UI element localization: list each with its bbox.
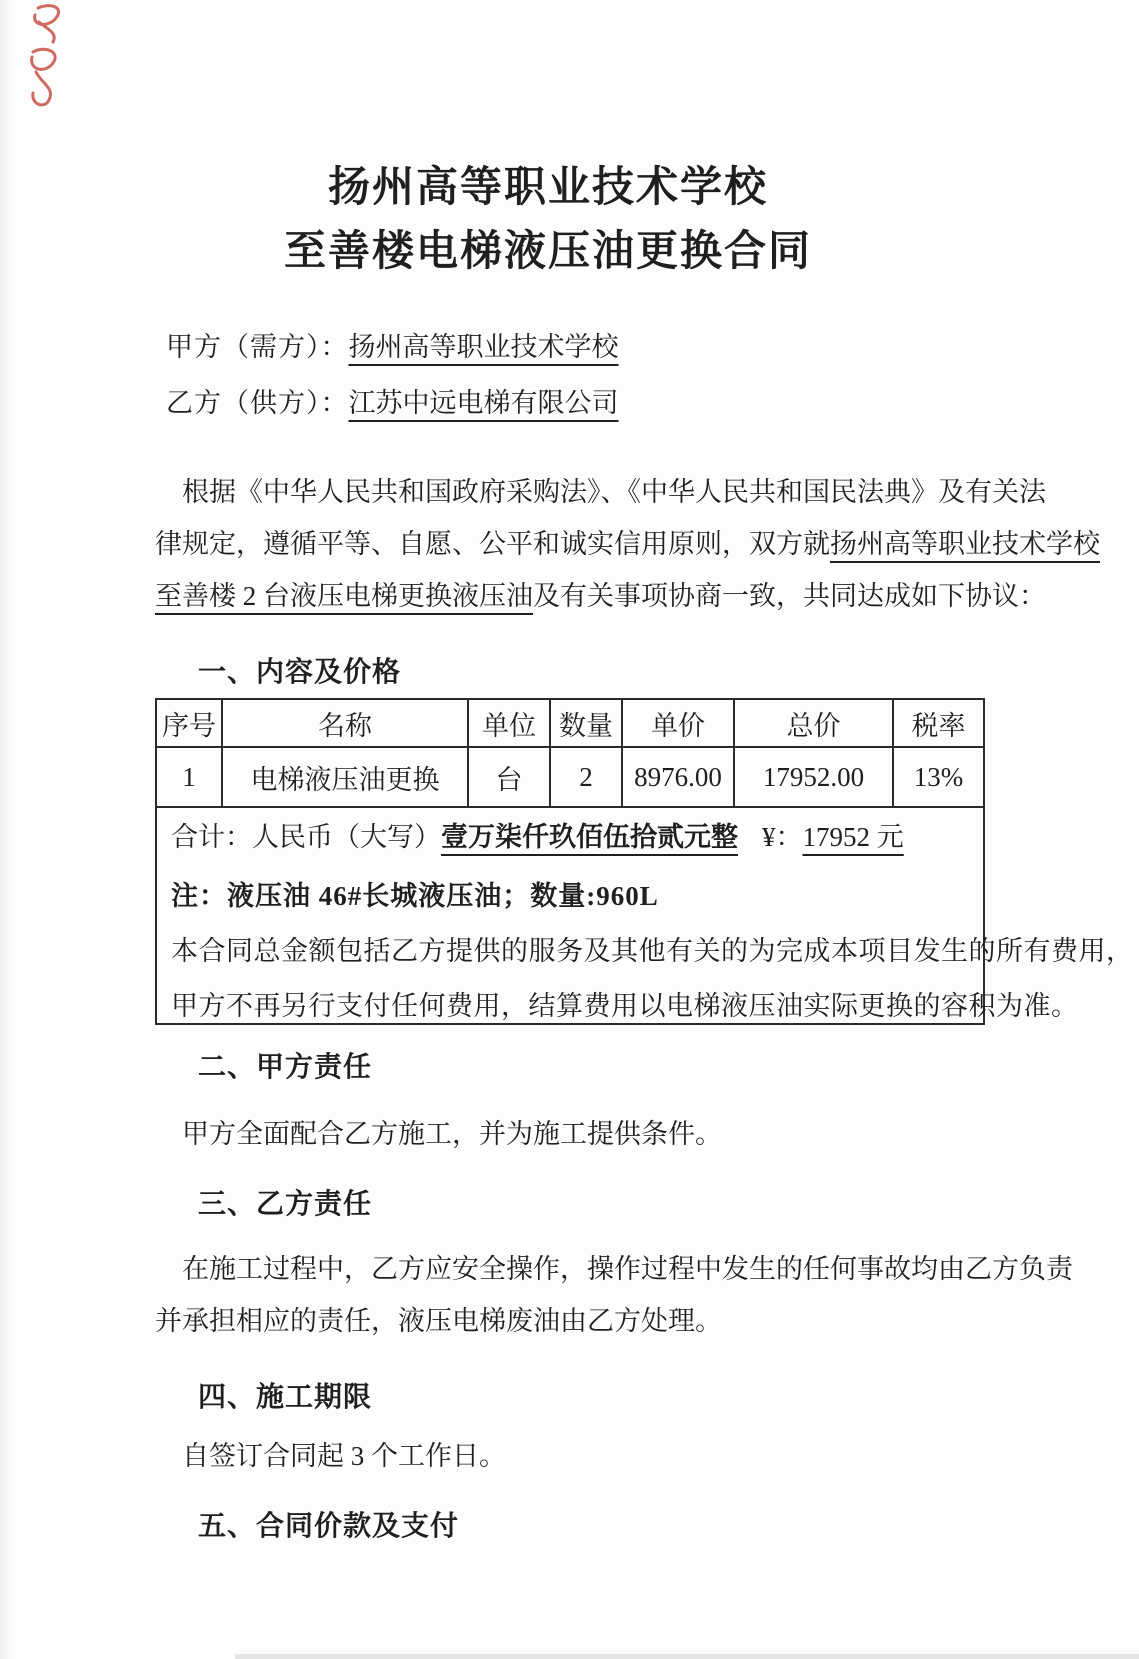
section2-body: 甲方全面配合乙方施工，并为施工提供条件。 xyxy=(182,1117,722,1151)
party-a-name: 扬州高等职业技术学校 xyxy=(349,332,619,362)
section3-body-line2: 并承担相应的责任，液压电梯废油由乙方处理。 xyxy=(155,1304,722,1338)
cell-total: 17952.00 xyxy=(734,747,893,807)
preamble-line1: 根据《中华人民共和国政府采购法》、《中华人民共和国民法典》及有关法 xyxy=(182,475,1046,509)
party-a-label: 甲方（需方）： xyxy=(166,332,349,362)
total-line: 合计：人民币（大写）壹万柒仟玖佰伍拾贰元整¥：17952 元 xyxy=(171,820,969,854)
section1-heading: 一、内容及价格 xyxy=(198,655,401,689)
section4-heading: 四、施工期限 xyxy=(198,1380,372,1414)
oil-note-line: 注：液压油 46#长城液压油；数量:960L xyxy=(171,879,969,913)
col-header-tax: 税率 xyxy=(893,699,984,747)
price-table-header-row: 序号 名称 单位 数量 单价 总价 税率 xyxy=(156,699,984,747)
preamble-line2-underlined: 扬州高等职业技术学校 xyxy=(830,529,1100,559)
total-amount-words: 壹万柒仟玖佰伍拾贰元整 xyxy=(441,822,738,852)
red-pen-scribble-icon xyxy=(8,0,80,115)
preamble-line3: 至善楼 2 台液压电梯更换液压油及有关事项协商一致，共同达成如下协议： xyxy=(155,579,1046,613)
fee-clause-line2: 甲方不再另行支付任何费用，结算费用以电梯液压油实际更换的容积为准。 xyxy=(171,989,969,1023)
col-header-unit: 单位 xyxy=(468,699,550,747)
col-header-qty: 数量 xyxy=(550,699,622,747)
section4-body: 自签订合同起 3 个工作日。 xyxy=(182,1439,506,1473)
party-b-line: 乙方（供方）：江苏中远电梯有限公司 xyxy=(166,386,619,420)
preamble-line3-underlined: 至善楼 2 台液压电梯更换液压油 xyxy=(155,581,533,611)
party-a-line: 甲方（需方）：扬州高等职业技术学校 xyxy=(166,330,619,364)
cell-name: 电梯液压油更换 xyxy=(222,747,468,807)
col-header-index: 序号 xyxy=(156,699,222,747)
preamble-line2: 律规定，遵循平等、自愿、公平和诚实信用原则，双方就扬州高等职业技术学校 xyxy=(155,527,1100,561)
total-label: 合计：人民币（大写） xyxy=(171,822,441,852)
total-amount-figures: 17952 元 xyxy=(803,822,904,852)
preamble-line2-plain: 律规定，遵循平等、自愿、公平和诚实信用原则，双方就 xyxy=(155,529,830,559)
section2-heading: 二、甲方责任 xyxy=(198,1050,372,1084)
col-header-unit-price: 单价 xyxy=(622,699,734,747)
cell-qty: 2 xyxy=(550,747,622,807)
preamble-line3-plain: 及有关事项协商一致，共同达成如下协议： xyxy=(533,581,1046,611)
cell-unit-price: 8976.00 xyxy=(622,747,734,807)
contract-document-page: 扬州高等职业技术学校 至善楼电梯液压油更换合同 甲方（需方）：扬州高等职业技术学… xyxy=(0,0,1139,1659)
cell-index: 1 xyxy=(156,747,222,807)
fee-clause-line1: 本合同总金额包括乙方提供的服务及其他有关的为完成本项目发生的所有费用， xyxy=(171,934,969,968)
section3-body-line1: 在施工过程中，乙方应安全操作，操作过程中发生的任何事故均由乙方负责 xyxy=(182,1252,1073,1286)
price-table-data-row: 1 电梯液压油更换 台 2 8976.00 17952.00 13% xyxy=(156,747,984,807)
document-title-line1: 扬州高等职业技术学校 xyxy=(0,160,1096,216)
currency-symbol: ¥： xyxy=(762,822,803,852)
scan-bottom-smudge xyxy=(235,1654,1139,1659)
price-table: 序号 名称 单位 数量 单价 总价 税率 1 电梯液压油更换 台 2 8976.… xyxy=(155,698,985,1025)
cell-tax: 13% xyxy=(893,747,984,807)
cell-unit: 台 xyxy=(468,747,550,807)
section5-heading: 五、合同价款及支付 xyxy=(198,1509,459,1543)
party-b-name: 江苏中远电梯有限公司 xyxy=(349,388,619,418)
party-b-label: 乙方（供方）： xyxy=(166,388,349,418)
document-title-line2: 至善楼电梯液压油更换合同 xyxy=(0,224,1096,280)
price-table-summary-row: 合计：人民币（大写）壹万柒仟玖佰伍拾贰元整¥：17952 元 注：液压油 46#… xyxy=(156,807,984,1024)
section3-heading: 三、乙方责任 xyxy=(198,1187,372,1221)
col-header-name: 名称 xyxy=(222,699,468,747)
col-header-total: 总价 xyxy=(734,699,893,747)
summary-merged-cell: 合计：人民币（大写）壹万柒仟玖佰伍拾贰元整¥：17952 元 注：液压油 46#… xyxy=(156,807,984,1024)
